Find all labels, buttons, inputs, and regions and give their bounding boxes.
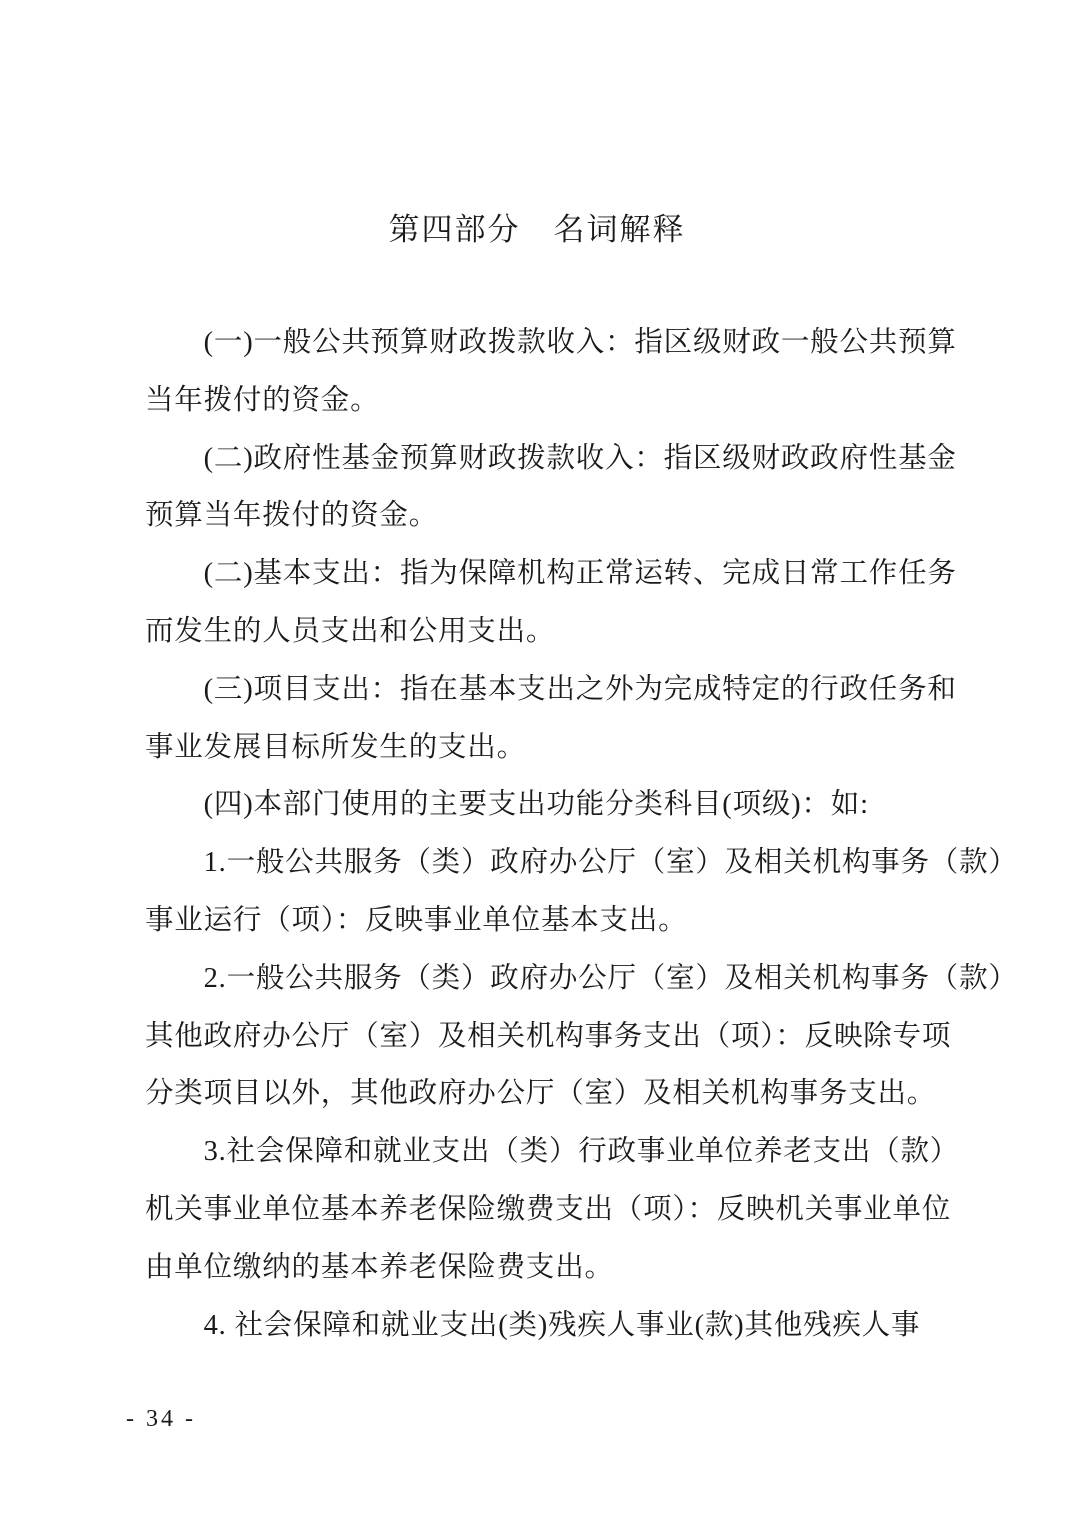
page-number: - 34 - [126, 1406, 196, 1433]
text-line: (二)政府性基金预算财政拨款收入：指区级财政政府性基金 [145, 430, 951, 488]
section-title: 第四部分 名词解释 [0, 204, 1074, 249]
text-line: 事业运行（项）：反映事业单位基本支出。 [145, 892, 951, 950]
document-page: 第四部分 名词解释 (一)一般公共预算财政拨款收入：指区级财政一般公共预算 当年… [0, 0, 1074, 1520]
text-line: (三)项目支出：指在基本支出之外为完成特定的行政任务和 [145, 661, 951, 719]
text-line: 当年拨付的资金。 [145, 372, 951, 430]
text-line: 分类项目以外，其他政府办公厅（室）及相关机构事务支出。 [145, 1065, 951, 1123]
text-line: (一)一般公共预算财政拨款收入：指区级财政一般公共预算 [145, 314, 951, 372]
text-line: 3.社会保障和就业支出（类）行政事业单位养老支出（款） [145, 1123, 951, 1181]
text-line: (四)本部门使用的主要支出功能分类科目(项级)：如: [145, 776, 951, 834]
text-line: 预算当年拨付的资金。 [145, 487, 951, 545]
document-body: (一)一般公共预算财政拨款收入：指区级财政一般公共预算 当年拨付的资金。 (二)… [145, 314, 951, 1354]
text-line: 机关事业单位基本养老保险缴费支出（项）：反映机关事业单位 [145, 1181, 951, 1239]
text-line: 1.一般公共服务（类）政府办公厅（室）及相关机构事务（款） [145, 834, 951, 892]
text-line: 2.一般公共服务（类）政府办公厅（室）及相关机构事务（款） [145, 950, 951, 1008]
text-line: 由单位缴纳的基本养老保险费支出。 [145, 1239, 951, 1297]
text-line: (二)基本支出：指为保障机构正常运转、完成日常工作任务 [145, 545, 951, 603]
text-line: 事业发展目标所发生的支出。 [145, 719, 951, 777]
text-line: 4. 社会保障和就业支出(类)残疾人事业(款)其他残疾人事 [145, 1297, 951, 1355]
text-line: 其他政府办公厅（室）及相关机构事务支出（项）：反映除专项 [145, 1008, 951, 1066]
text-line: 而发生的人员支出和公用支出。 [145, 603, 951, 661]
